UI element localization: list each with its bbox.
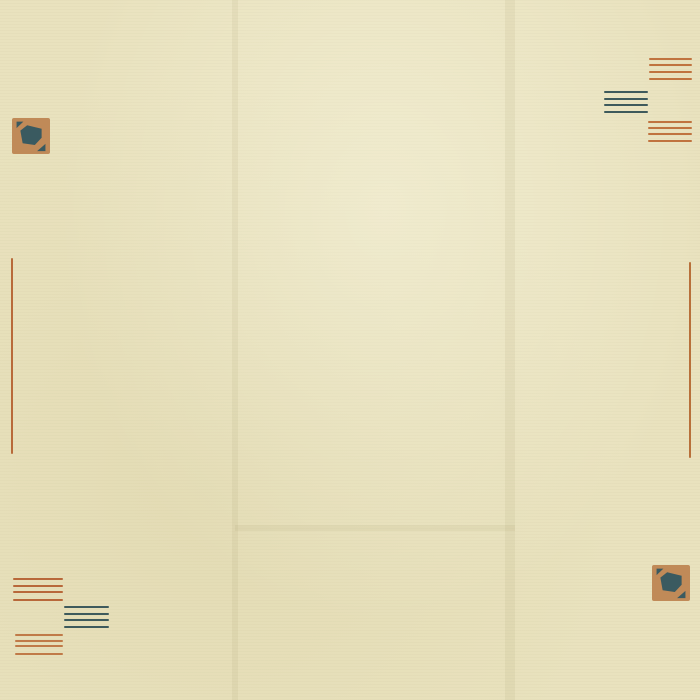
left-vertical-line (11, 258, 13, 454)
fold-shade-vertical (232, 0, 238, 700)
right-vertical-line (689, 262, 691, 458)
fold-shade-vertical-2 (505, 0, 515, 700)
rug-photo (0, 0, 700, 700)
square-motif-bottom-right (652, 565, 690, 601)
square-motif-top-left (12, 118, 50, 154)
fold-shade-horizontal (235, 525, 515, 531)
